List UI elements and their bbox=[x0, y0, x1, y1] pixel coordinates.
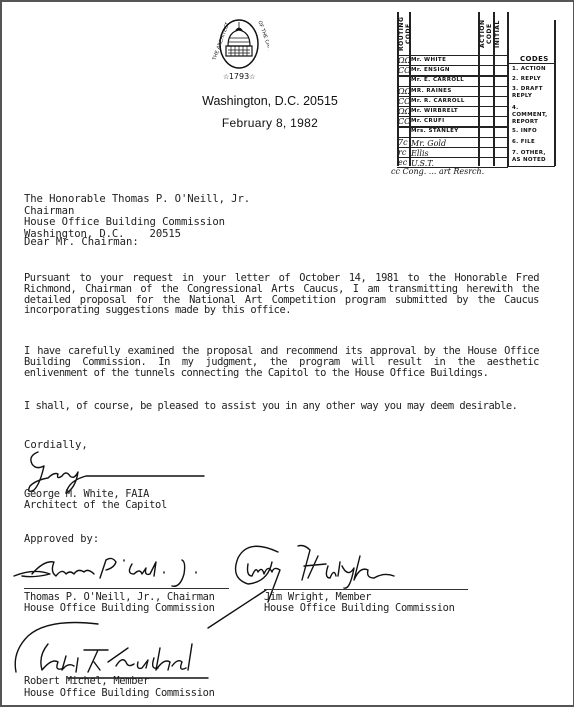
routing-name: Mr. ENSIGN bbox=[411, 67, 450, 73]
recipient-address: The Honorable Thomas P. O'Neill, Jr. Cha… bbox=[24, 194, 250, 240]
svg-text:☆: ☆ bbox=[223, 73, 229, 81]
routing-slip: ROUTING CODE ACTION CODE INITIAL CODES Ω… bbox=[397, 12, 555, 174]
routing-initials: CC bbox=[398, 97, 410, 106]
routing-name: Mr. R. CARROLL bbox=[411, 98, 465, 104]
letter-page: 1793 ☆ ☆ THE ARCHITECT OF THE CAPITOL Wa… bbox=[0, 0, 574, 707]
code-item: 1. ACTION bbox=[512, 66, 546, 73]
routing-initials: rc bbox=[398, 148, 406, 157]
routing-initials: 7c bbox=[398, 138, 408, 147]
routing-initials: ΩΩ bbox=[398, 56, 411, 65]
sender-title: Architect of the Capitol bbox=[24, 500, 167, 511]
code-item: 7. OTHER, AS NOTED bbox=[512, 150, 552, 164]
routing-name: Mr. WIRBRELT bbox=[411, 108, 458, 114]
approver-org: House Office Building Commission bbox=[264, 603, 455, 614]
routing-initials: ΩΩ bbox=[398, 107, 411, 116]
body-paragraph: I have carefully examined the proposal a… bbox=[24, 346, 539, 378]
initial-header: INITIAL bbox=[494, 16, 506, 52]
approver-org: House Office Building Commission bbox=[24, 603, 215, 614]
svg-text:☆: ☆ bbox=[249, 73, 255, 81]
approved-by-label: Approved by: bbox=[24, 533, 99, 545]
body-paragraph: I shall, of course, be pleased to assist… bbox=[24, 401, 539, 412]
routing-initials: CC bbox=[398, 117, 410, 126]
routing-initials: ΩΩ bbox=[398, 87, 411, 96]
salutation: Dear Mr. Chairman: bbox=[24, 236, 139, 248]
action-code-header: ACTION CODE bbox=[479, 16, 492, 52]
routing-name: Mr. WHITE bbox=[411, 57, 446, 63]
routing-initials: CC bbox=[398, 66, 410, 75]
seal-year: 1793 bbox=[229, 72, 249, 81]
signature-michel-icon bbox=[8, 622, 228, 682]
body-paragraph: Pursuant to your request in your letter … bbox=[24, 273, 539, 316]
routing-code-header: ROUTING CODE bbox=[398, 16, 408, 52]
code-item: 5. INFO bbox=[512, 128, 537, 135]
code-item: 4. COMMENT, REPORT bbox=[512, 105, 554, 126]
routing-name: Mrs. STANLEY bbox=[411, 128, 459, 134]
routing-initials: ec bbox=[398, 158, 407, 167]
recipient-line: House Office Building Commission bbox=[24, 217, 250, 229]
routing-name: Mr. CRUFI bbox=[411, 118, 445, 124]
codes-title: CODES bbox=[520, 55, 549, 63]
approver-name: Robert Michel, Member bbox=[24, 676, 149, 687]
recipient-line: The Honorable Thomas P. O'Neill, Jr. bbox=[24, 194, 250, 206]
code-item: 2. REPLY bbox=[512, 76, 541, 83]
routing-name: MR. RAINES bbox=[411, 88, 452, 94]
routing-name: Mr. E. CARROLL bbox=[411, 77, 464, 83]
capitol-seal-icon: 1793 ☆ ☆ THE ARCHITECT OF THE CAPITOL bbox=[209, 8, 269, 88]
letter-date: February 8, 1982 bbox=[180, 116, 360, 130]
code-item: 3. DRAFT REPLY bbox=[512, 86, 552, 100]
cc-note: cc Cong. ... art Resrch. bbox=[391, 167, 484, 176]
signature-wright-icon bbox=[208, 542, 448, 632]
approver-org: House Office Building Commission bbox=[24, 688, 215, 699]
letterhead-place: Washington, D.C. 20515 bbox=[180, 94, 360, 108]
code-item: 6. FILE bbox=[512, 139, 535, 146]
